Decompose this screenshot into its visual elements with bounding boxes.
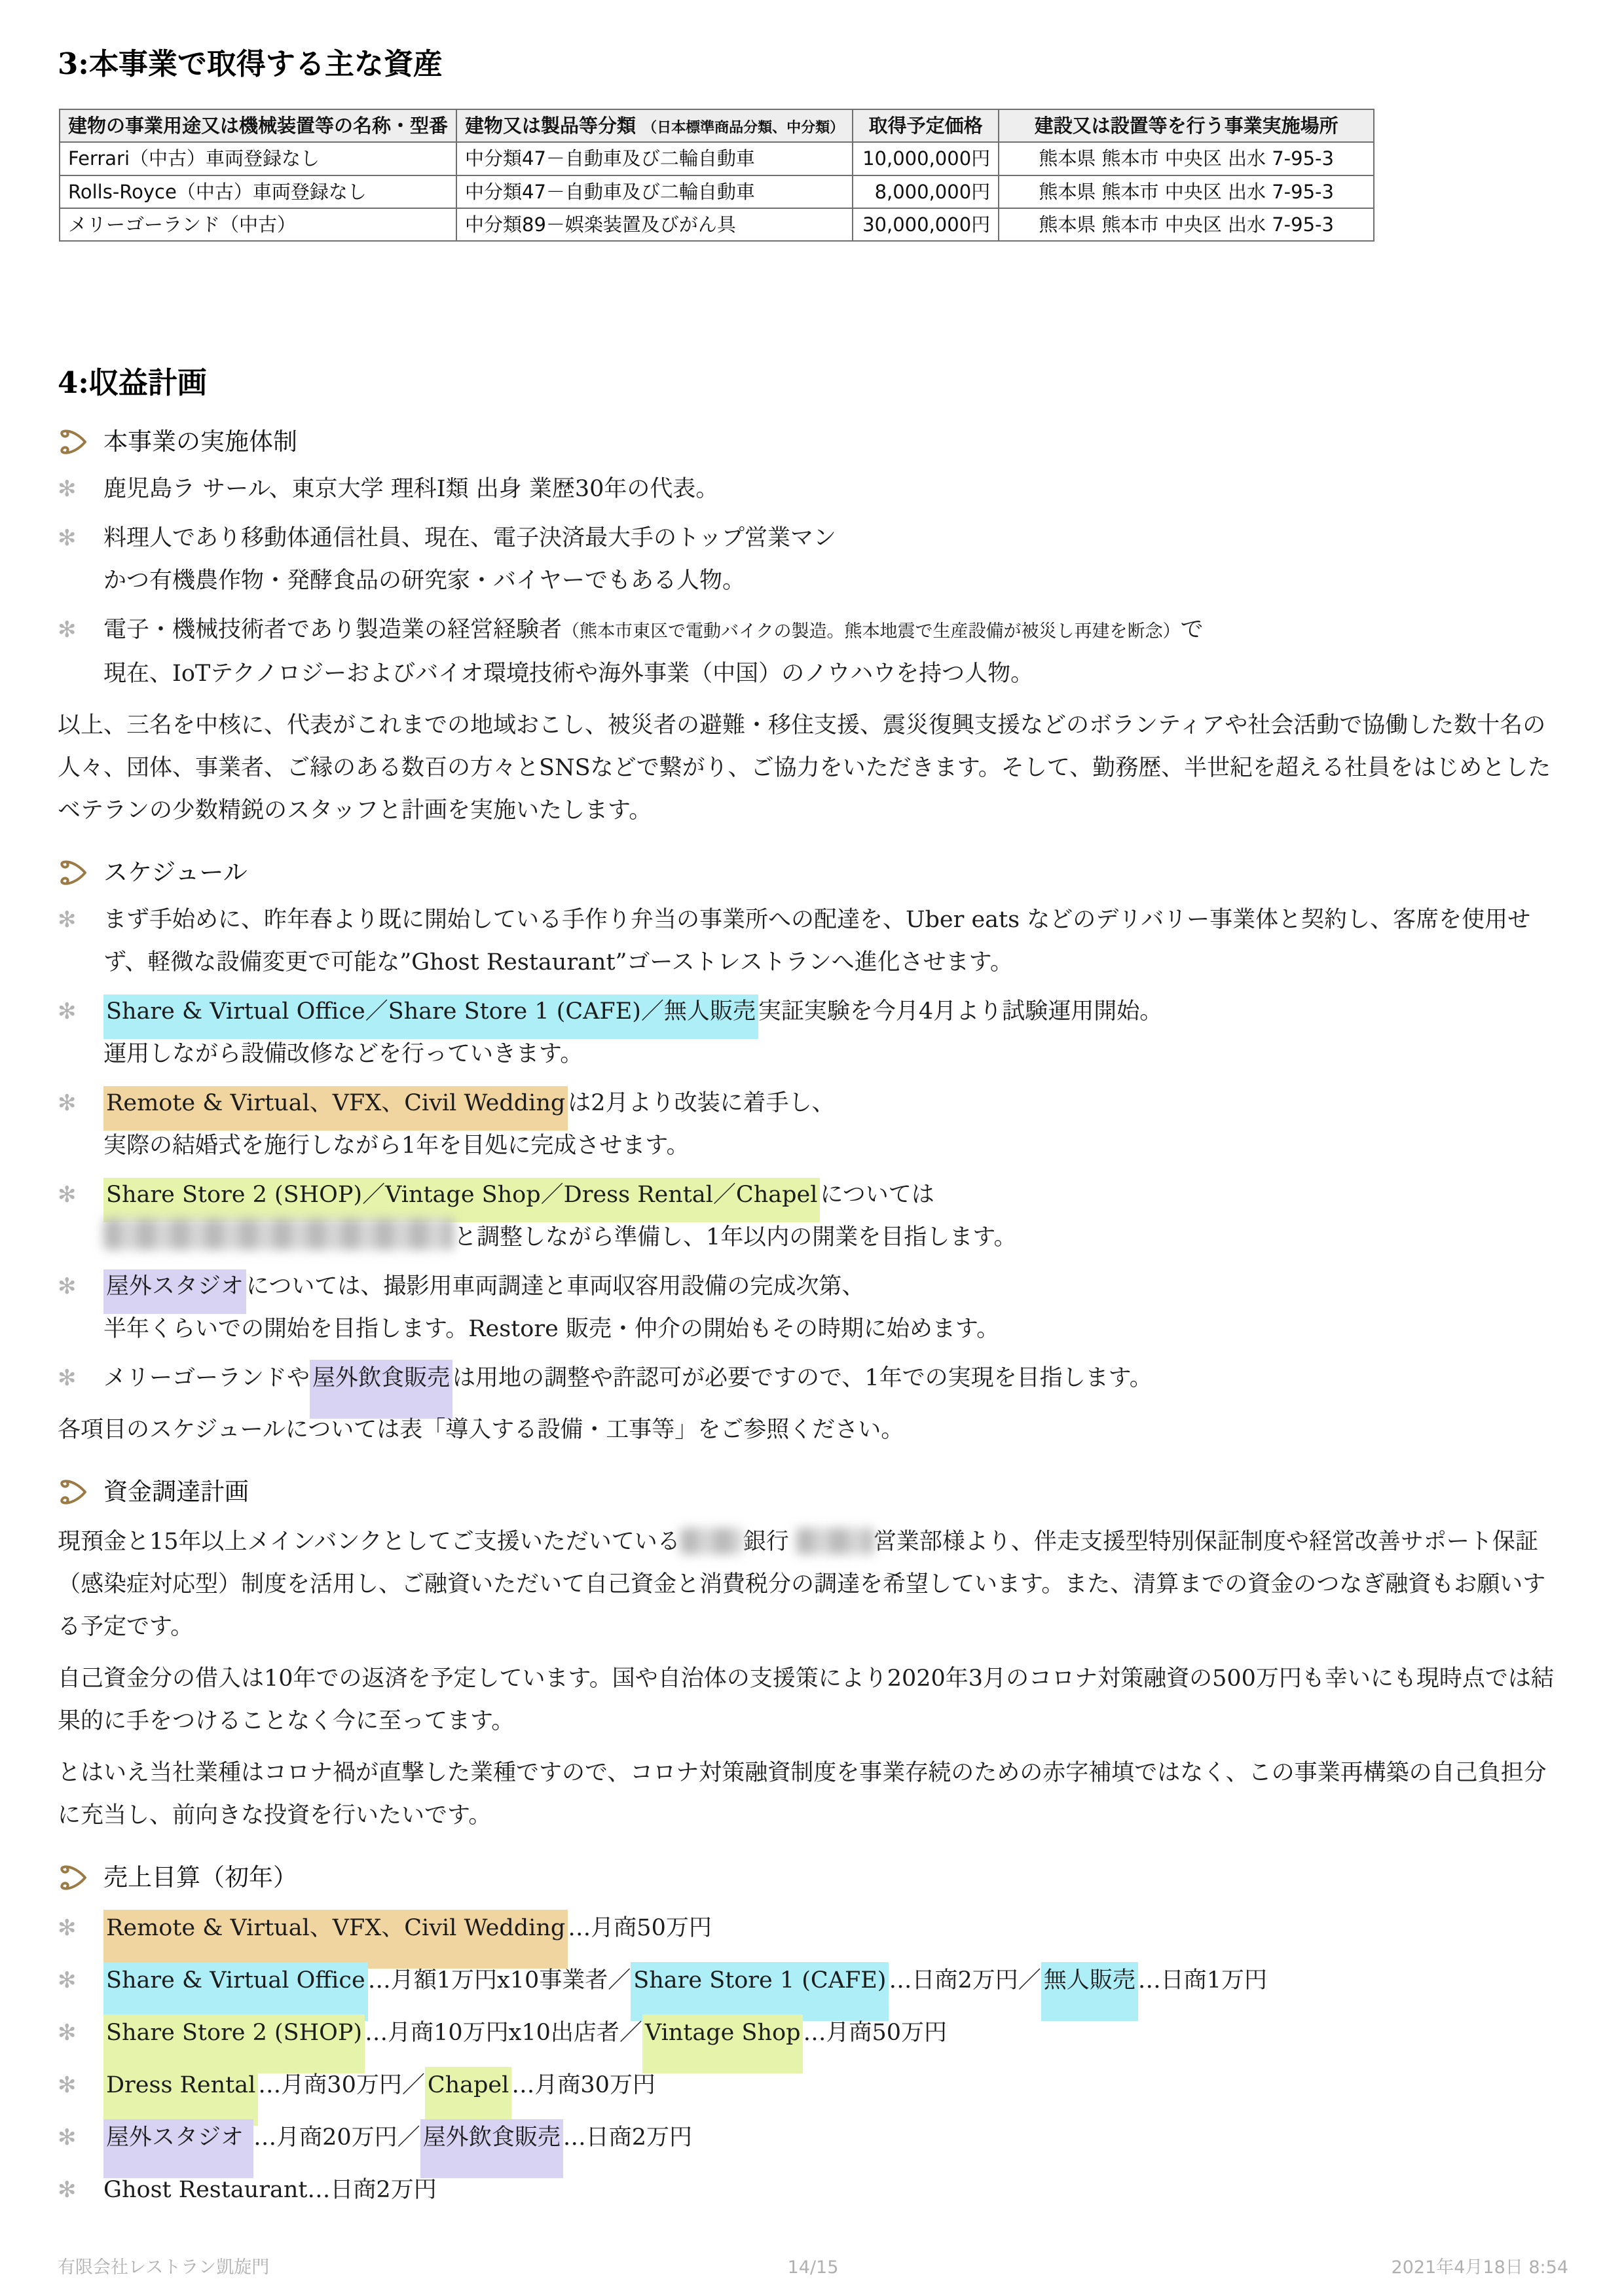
text-segment: …月商20万円／ — [253, 2124, 420, 2151]
paragraph: 自己資金分の借入は10年での返済を予定しています。国や自治体の支援策により202… — [58, 1658, 1568, 1743]
asterisk-bullet-icon: ✻ — [58, 517, 103, 602]
list-item: ✻ Share Store 2 (SHOP)…月商10万円x10出店者／Vint… — [58, 2012, 1568, 2054]
asterisk-bullet-icon: ✻ — [58, 2169, 103, 2212]
list-item-text: 屋外スタジオ …月商20万円／屋外飲食販売…日商2万円 — [103, 2117, 1568, 2159]
list-item: ✻ Share Store 2 (SHOP)／Vintage Shop／Dres… — [58, 1174, 1568, 1259]
text-segment: 実証実験を今月4月より試験運用開始。 — [758, 998, 1162, 1025]
subsection-heading-team: 本事業の実施体制 — [58, 422, 1568, 462]
document-page: 3:本事業で取得する主な資産 建物の事業用途又は機械装置等の名称・型番 建物又は… — [0, 0, 1624, 2296]
redacted-text — [680, 1528, 743, 1554]
col-header-asset-name: 建物の事業用途又は機械装置等の名称・型番 — [60, 109, 456, 142]
list-item: ✻ Share & Virtual Office／Share Store 1 (… — [58, 991, 1568, 1076]
paragraph: 以上、三名を中核に、代表がこれまでの地域おこし、被災者の避難・移住支援、震災復興… — [58, 704, 1568, 832]
table-header-row: 建物の事業用途又は機械装置等の名称・型番 建物又は製品等分類 （日本標準商品分類… — [60, 109, 1374, 142]
list-item: ✻ 屋外スタジオ …月商20万円／屋外飲食販売…日商2万円 — [58, 2117, 1568, 2159]
highlight-orange: Remote & Virtual、VFX、Civil Wedding — [103, 1086, 568, 1131]
text-segment: については、撮影用車両調達と車両収容用設備の完成次第、 — [246, 1273, 864, 1300]
text-segment: …日商2万円／ — [889, 1967, 1041, 1994]
asterisk-bullet-icon: ✻ — [58, 2117, 103, 2159]
col-header-category: 建物又は製品等分類 （日本標準商品分類、中分類） — [456, 109, 853, 142]
list-item: ✻ 料理人であり移動体通信社員、現在、電子決済最大手のトップ営業マン かつ有機農… — [58, 517, 1568, 602]
highlight-cyan: Share & Virtual Office／Share Store 1 (CA… — [103, 994, 758, 1039]
asterisk-bullet-icon: ✻ — [58, 1959, 103, 2002]
list-item-text: Share & Virtual Office／Share Store 1 (CA… — [103, 991, 1568, 1076]
list-item: ✻ Remote & Virtual、VFX、Civil Weddingは2月よ… — [58, 1082, 1568, 1167]
subsection-heading-sales: 売上目算（初年） — [58, 1858, 1568, 1897]
asset-price-cell: 30,000,000円 — [853, 208, 999, 241]
text-segment: …日商1万円 — [1138, 1967, 1267, 1994]
footer-datetime: 2021年4月18日 8:54 — [838, 2259, 1568, 2276]
list-item: ✻ 屋外スタジオについては、撮影用車両調達と車両収容用設備の完成次第、 半年くら… — [58, 1266, 1568, 1351]
asset-location-cell: 熊本県 熊本市 中央区 出水 7-95-3 — [999, 208, 1374, 241]
list-item-text: Share & Virtual Office…月額1万円x10事業者／Share… — [103, 1959, 1568, 2002]
col-header-location: 建設又は設置等を行う事業実施場所 — [999, 109, 1374, 142]
asset-name-cell: Ferrari（中古）車両登録なし — [60, 142, 456, 175]
list-item-text: Ghost Restaurant…日商2万円 — [103, 2169, 1568, 2212]
text-segment: 料理人であり移動体通信社員、現在、電子決済最大手のトップ営業マン — [103, 525, 836, 551]
page-footer: 有限会社レストラン凱旋門 14/15 2021年4月18日 8:54 — [58, 2259, 1568, 2276]
paragraph: とはいえ当社業種はコロナ禍が直撃した業種ですので、コロナ対策融資制度を事業存続の… — [58, 1752, 1568, 1837]
list-item-text: 電子・機械技術者であり製造業の経営経験者（熊本市東区で電動バイクの製造。熊本地震… — [103, 609, 1568, 695]
footer-page-number: 14/15 — [788, 2259, 839, 2276]
list-item-text: Remote & Virtual、VFX、Civil Wedding…月商50万… — [103, 1907, 1568, 1950]
fleuron-icon — [58, 1476, 88, 1508]
text-segment-small: （熊本市東区で電動バイクの製造。熊本地震で生産設備が被災し再建を断念） — [562, 621, 1180, 642]
list-item-text: 鹿児島ラ サール、東京大学 理科I類 出身 業歴30年の代表。 — [103, 468, 1568, 511]
list-item: ✻ Ghost Restaurant…日商2万円 — [58, 2169, 1568, 2212]
list-item: ✻ Dress Rental…月商30万円／Chapel…月商30万円 — [58, 2064, 1568, 2107]
text-segment: かつ有機農作物・発酵食品の研究家・バイヤーでもある人物。 — [103, 568, 745, 594]
asset-location-cell: 熊本県 熊本市 中央区 出水 7-95-3 — [999, 175, 1374, 208]
text-segment: と調整しながら準備し、1年以内の開業を目指します。 — [454, 1224, 1016, 1250]
subsection-heading-funding: 資金調達計画 — [58, 1472, 1568, 1512]
text-segment: …月額1万円x10事業者／ — [368, 1967, 631, 1994]
text-segment: 現預金と15年以上メインバンクとしてご支援いただいている — [58, 1529, 680, 1555]
text-segment: メリーゴーランドや — [103, 1365, 310, 1391]
text-segment: 実際の結婚式を施行しながら1年を目処に完成させます。 — [103, 1133, 689, 1159]
text-segment: 現在、IoTテクノロジーおよびバイオ環境技術や海外事業（中国）のノウハウを持つ人… — [103, 661, 1033, 687]
col-header-price: 取得予定価格 — [853, 109, 999, 142]
table-row: メリーゴーランド（中古） 中分類89－娯楽装置及びがん具 30,000,000円… — [60, 208, 1374, 241]
col-header-category-label: 建物又は製品等分類 — [465, 115, 636, 137]
paragraph: 各項目のスケジュールについては表「導入する設備・工事等」をご参照ください。 — [58, 1409, 1568, 1451]
redacted-text — [796, 1528, 874, 1554]
asset-category-cell: 中分類47－自動車及び二輪自動車 — [456, 142, 853, 175]
list-item: ✻ 電子・機械技術者であり製造業の経営経験者（熊本市東区で電動バイクの製造。熊本… — [58, 609, 1568, 695]
text-segment: 電子・機械技術者であり製造業の経営経験者 — [103, 617, 562, 643]
asterisk-bullet-icon: ✻ — [58, 1174, 103, 1259]
text-segment: については — [820, 1182, 934, 1208]
table-row: Rolls-Royce（中古）車両登録なし 中分類47－自動車及び二輪自動車 8… — [60, 175, 1374, 208]
document-content: 3:本事業で取得する主な資産 建物の事業用途又は機械装置等の名称・型番 建物又は… — [0, 0, 1624, 2212]
list-item-text: Remote & Virtual、VFX、Civil Weddingは2月より改… — [103, 1082, 1568, 1167]
text-segment: …月商30万円／ — [258, 2072, 425, 2098]
list-item-text: Dress Rental…月商30万円／Chapel…月商30万円 — [103, 2064, 1568, 2107]
asterisk-bullet-icon: ✻ — [58, 2012, 103, 2054]
table-row: Ferrari（中古）車両登録なし 中分類47－自動車及び二輪自動車 10,00… — [60, 142, 1374, 175]
asterisk-bullet-icon: ✻ — [58, 609, 103, 695]
asterisk-bullet-icon: ✻ — [58, 468, 103, 511]
text-segment: 半年くらいでの開始を目指します。Restore 販売・仲介の開始もその時期に始め… — [103, 1316, 999, 1342]
col-header-category-note: （日本標準商品分類、中分類） — [642, 120, 844, 136]
highlight-green: Share Store 2 (SHOP)／Vintage Shop／Dress … — [103, 1178, 820, 1222]
list-item-text: 料理人であり移動体通信社員、現在、電子決済最大手のトップ営業マン かつ有機農作物… — [103, 517, 1568, 602]
subsection-heading-label: 本事業の実施体制 — [103, 422, 297, 462]
list-item: ✻ まず手始めに、昨年春より既に開始している手作り弁当の事業所への配達を、Ube… — [58, 899, 1568, 984]
asterisk-bullet-icon: ✻ — [58, 1907, 103, 1950]
asterisk-bullet-icon: ✻ — [58, 1357, 103, 1400]
fleuron-icon — [58, 426, 88, 458]
subsection-heading-label: 資金調達計画 — [103, 1472, 249, 1512]
list-item-text: まず手始めに、昨年春より既に開始している手作り弁当の事業所への配達を、Uber … — [103, 899, 1568, 984]
text-segment: で — [1180, 617, 1203, 643]
list-item-text: 屋外スタジオについては、撮影用車両調達と車両収容用設備の完成次第、 半年くらいで… — [103, 1266, 1568, 1351]
text-segment: …月商50万円 — [803, 2020, 947, 2046]
asterisk-bullet-icon: ✻ — [58, 2064, 103, 2107]
text-segment: …日商2万円 — [563, 2124, 692, 2151]
list-item: ✻ メリーゴーランドや屋外飲食販売は用地の調整や許認可が必要ですので、1年での実… — [58, 1357, 1568, 1400]
assets-table: 建物の事業用途又は機械装置等の名称・型番 建物又は製品等分類 （日本標準商品分類… — [59, 109, 1375, 242]
redacted-text — [103, 1218, 454, 1250]
list-item: ✻ Remote & Virtual、VFX、Civil Wedding…月商5… — [58, 1907, 1568, 1950]
section4-title: 4:収益計画 — [58, 365, 1568, 401]
text-segment: 銀行 — [743, 1529, 796, 1555]
asset-name-cell: Rolls-Royce（中古）車両登録なし — [60, 175, 456, 208]
text-segment: …月商50万円 — [568, 1915, 712, 1941]
highlight-purple: 屋外スタジオ — [103, 1269, 246, 1314]
text-segment: は2月より改装に着手し、 — [568, 1090, 834, 1116]
asterisk-bullet-icon: ✻ — [58, 1082, 103, 1167]
list-item-text: メリーゴーランドや屋外飲食販売は用地の調整や許認可が必要ですので、1年での実現を… — [103, 1357, 1568, 1400]
text-segment: …月商10万円x10出店者／ — [365, 2020, 642, 2046]
asset-price-cell: 8,000,000円 — [853, 175, 999, 208]
list-item: ✻ 鹿児島ラ サール、東京大学 理科I類 出身 業歴30年の代表。 — [58, 468, 1568, 511]
list-item-text: Share Store 2 (SHOP)…月商10万円x10出店者／Vintag… — [103, 2012, 1568, 2054]
asset-location-cell: 熊本県 熊本市 中央区 出水 7-95-3 — [999, 142, 1374, 175]
paragraph: 現預金と15年以上メインバンクとしてご支援いただいている銀行 営業部様より、伴走… — [58, 1521, 1568, 1649]
fleuron-icon — [58, 856, 88, 889]
subsection-heading-schedule: スケジュール — [58, 853, 1568, 892]
text-segment: は用地の調整や許認可が必要ですので、1年での実現を目指します。 — [452, 1365, 1153, 1391]
asset-price-cell: 10,000,000円 — [853, 142, 999, 175]
asset-category-cell: 中分類89－娯楽装置及びがん具 — [456, 208, 853, 241]
fleuron-icon — [58, 1861, 88, 1894]
asterisk-bullet-icon: ✻ — [58, 899, 103, 984]
text-segment: 運用しながら設備改修などを行っていきます。 — [103, 1041, 583, 1067]
asterisk-bullet-icon: ✻ — [58, 1266, 103, 1351]
asset-name-cell: メリーゴーランド（中古） — [60, 208, 456, 241]
list-item: ✻ Share & Virtual Office…月額1万円x10事業者／Sha… — [58, 1959, 1568, 2002]
text-segment: …月商30万円 — [511, 2072, 655, 2098]
list-item-text: Share Store 2 (SHOP)／Vintage Shop／Dress … — [103, 1174, 1568, 1259]
asterisk-bullet-icon: ✻ — [58, 991, 103, 1076]
asset-category-cell: 中分類47－自動車及び二輪自動車 — [456, 175, 853, 208]
subsection-heading-label: スケジュール — [103, 853, 248, 892]
footer-company: 有限会社レストラン凱旋門 — [58, 2259, 788, 2276]
section3-title: 3:本事業で取得する主な資産 — [58, 46, 1568, 82]
subsection-heading-label: 売上目算（初年） — [103, 1858, 297, 1897]
